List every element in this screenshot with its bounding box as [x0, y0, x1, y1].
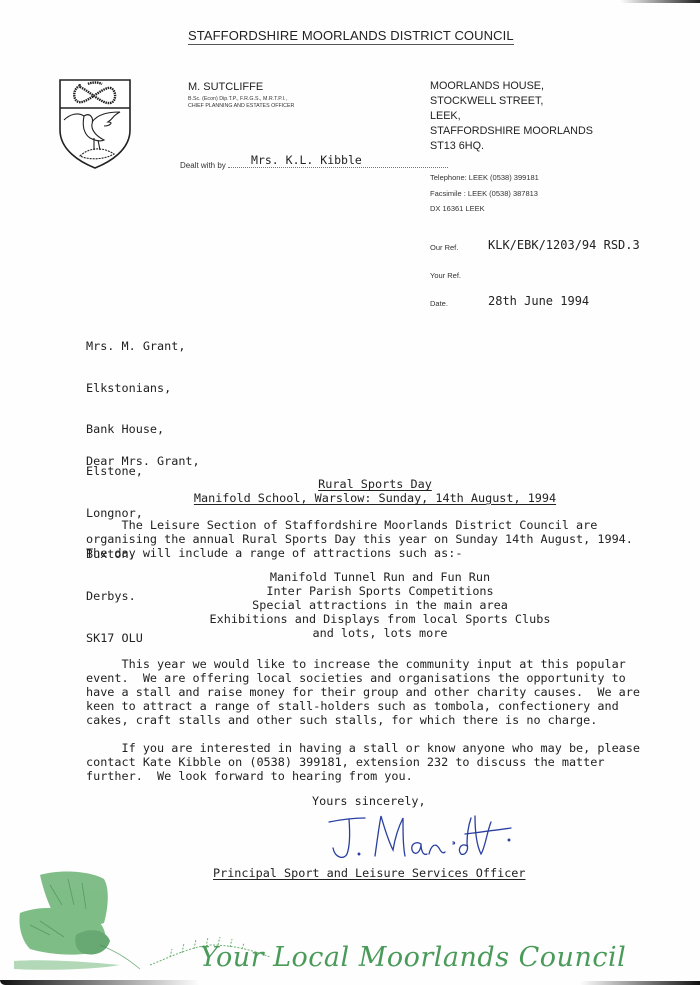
subject-line-1: Rural Sports Day: [318, 477, 432, 491]
scan-edge: [620, 0, 700, 3]
attraction-item: Special attractions in the main area: [180, 598, 580, 612]
letter-page: STAFFORDSHIRE MOORLANDS DISTRICT COUNCIL…: [0, 0, 700, 985]
dealt-with-by-value: Mrs. K.L. Kibble: [251, 153, 362, 167]
dealt-with-by-dotted-line: Mrs. K.L. Kibble: [228, 158, 448, 168]
dx-number: DX 16361 LEEK: [430, 201, 539, 217]
scan-edge: [580, 981, 700, 985]
recipient-line: SK17 OLU: [86, 632, 185, 646]
facsimile: Facsimile : LEEK (0538) 387813: [430, 186, 539, 202]
your-ref-label: Your Ref.: [430, 271, 461, 280]
recipient-line: Elkstonians,: [86, 382, 185, 396]
officer-name: M. SUTCLIFFE: [188, 81, 263, 93]
recipient-line: Mrs. M. Grant,: [86, 340, 185, 354]
officer-credentials: B.Sc. (Econ) Dip.T.P., F.R.G.S., M.R.T.P…: [188, 96, 294, 110]
officer-qualifications: B.Sc. (Econ) Dip.T.P., F.R.G.S., M.R.T.P…: [188, 96, 294, 103]
council-name-heading: STAFFORDSHIRE MOORLANDS DISTRICT COUNCIL: [188, 28, 514, 45]
our-ref-label: Our Ref.: [430, 243, 458, 252]
date-label: Date.: [430, 299, 448, 308]
council-contacts: Telephone: LEEK (0538) 399181 Facsimile …: [430, 170, 539, 217]
officer-title: CHIEF PLANNING AND ESTATES OFFICER: [188, 103, 294, 110]
recipient-line: Derbys.: [86, 590, 185, 604]
body-paragraph-2: This year we would like to increase the …: [86, 657, 646, 727]
our-ref-value: KLK/EBK/1203/94 RSD.3: [488, 238, 640, 252]
address-line: ST13 6HQ.: [430, 139, 593, 154]
subject-line-2: Manifold School, Warslow: Sunday, 14th A…: [194, 491, 556, 505]
handwritten-signature: [325, 812, 515, 864]
recipient-line: Bank House,: [86, 423, 185, 437]
council-slogan: Your Local Moorlands Council: [200, 942, 626, 973]
scan-edge: [0, 980, 200, 985]
dealt-with-by-label: Dealt with by: [180, 161, 226, 170]
attraction-item: Inter Parish Sports Competitions: [180, 584, 580, 598]
valediction: Yours sincerely,: [312, 794, 426, 808]
council-address: MOORLANDS HOUSE, STOCKWELL STREET, LEEK,…: [430, 79, 593, 154]
attraction-item: Exhibitions and Displays from local Spor…: [180, 612, 580, 626]
dealt-with-by-field: Dealt with by Mrs. K.L. Kibble: [180, 158, 448, 170]
subject-heading: Rural Sports Day Manifold School, Warslo…: [0, 477, 700, 505]
attraction-item: and lots, lots more: [180, 626, 580, 640]
salutation: Dear Mrs. Grant,: [86, 454, 200, 468]
body-paragraph-1: The Leisure Section of Staffordshire Moo…: [86, 518, 646, 560]
telephone: Telephone: LEEK (0538) 399181: [430, 170, 539, 186]
address-line: MOORLANDS HOUSE,: [430, 79, 593, 94]
address-line: STOCKWELL STREET,: [430, 94, 593, 109]
attractions-list: Manifold Tunnel Run and Fun Run Inter Pa…: [180, 570, 580, 640]
attraction-item: Manifold Tunnel Run and Fun Run: [180, 570, 580, 584]
address-line: STAFFORDSHIRE MOORLANDS: [430, 124, 593, 139]
date-value: 28th June 1994: [488, 294, 589, 308]
address-line: LEEK,: [430, 109, 593, 124]
council-crest-icon: [58, 78, 132, 170]
body-paragraph-3: If you are interested in having a stall …: [86, 741, 646, 783]
